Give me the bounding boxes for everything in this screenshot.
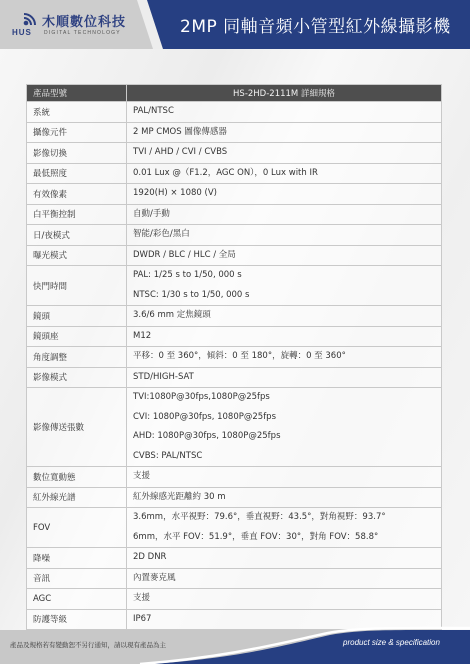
table-row: 降噪2D DNR: [27, 548, 442, 569]
spec-label: 日/夜模式: [27, 225, 127, 246]
spec-value-line: 自動/手動: [133, 205, 435, 225]
spec-value-line: 紅外線感光距離約 30 m: [133, 488, 435, 508]
spec-label: 降噪: [27, 548, 127, 569]
spec-value: 2D DNR: [127, 548, 442, 569]
spec-value: 智能/彩色/黑白: [127, 225, 442, 246]
spec-label: 快門時間: [27, 266, 127, 306]
table-row: 最低照度0.01 Lux @（F1.2，AGC ON），0 Lux with I…: [27, 163, 442, 184]
spec-value-line: CVI: 1080P@30fps, 1080P@25fps: [133, 408, 435, 428]
spec-value-line: TVI:1080P@30fps,1080P@25fps: [133, 388, 435, 408]
spec-value: PAL: 1/25 s to 1/50, 000 sNTSC: 1/30 s t…: [127, 266, 442, 306]
spec-table: 產品型號 HS-2HD-2111M 詳細規格 系統PAL/NTSC攝像元件2 M…: [26, 84, 442, 630]
spec-value: TVI:1080P@30fps,1080P@25fpsCVI: 1080P@30…: [127, 388, 442, 467]
spec-value-line: 2 MP CMOS 圖像傳感器: [133, 123, 435, 143]
spec-value: 自動/手動: [127, 204, 442, 225]
brand-logo: HUS 木順數位科技 DIGITAL TECHNOLOGY: [10, 11, 130, 39]
spec-value-line: STD/HIGH-SAT: [133, 368, 435, 388]
spec-value-line: 3.6/6 mm 定焦鏡頭: [133, 306, 435, 326]
spec-label: AGC: [27, 589, 127, 610]
table-row: 鏡頭3.6/6 mm 定焦鏡頭: [27, 306, 442, 327]
spec-value: M12: [127, 326, 442, 347]
spec-label: 影像切換: [27, 143, 127, 164]
spec-value: PAL/NTSC: [127, 102, 442, 123]
spec-value-line: 2D DNR: [133, 548, 435, 568]
spec-value-line: PAL/NTSC: [133, 102, 435, 122]
footer-disclaimer: 產品及規格若有變動恕不另行通知，請以現有產品為主: [10, 640, 166, 649]
table-row: AGC支援: [27, 589, 442, 610]
table-row: 攝像元件2 MP CMOS 圖像傳感器: [27, 122, 442, 143]
page-header: HUS 木順數位科技 DIGITAL TECHNOLOGY 2MP 同軸音頻小管…: [0, 0, 470, 49]
spec-value-line: M12: [133, 327, 435, 347]
table-row: 影像模式STD/HIGH-SAT: [27, 367, 442, 388]
spec-label: 鏡頭座: [27, 326, 127, 347]
spec-value-line: CVBS: PAL/NTSC: [133, 447, 435, 467]
table-row: 影像傳送張數TVI:1080P@30fps,1080P@25fpsCVI: 10…: [27, 388, 442, 467]
spec-value-line: 1920(H) × 1080 (V): [133, 184, 435, 204]
spec-label: 影像模式: [27, 367, 127, 388]
table-row: 有效像素1920(H) × 1080 (V): [27, 184, 442, 205]
spec-value: 平移：0 至 360°，傾斜：0 至 180°，旋轉：0 至 360°: [127, 347, 442, 368]
table-row: 白平衡控制自動/手動: [27, 204, 442, 225]
spec-value: STD/HIGH-SAT: [127, 367, 442, 388]
brand-name-en: DIGITAL TECHNOLOGY: [44, 30, 121, 36]
table-row: 日/夜模式智能/彩色/黑白: [27, 225, 442, 246]
table-header-row: 產品型號 HS-2HD-2111M 詳細規格: [27, 85, 442, 102]
spec-value-line: 支援: [133, 589, 435, 609]
table-row: 紅外線光譜紅外線感光距離約 30 m: [27, 487, 442, 508]
spec-label: FOV: [27, 508, 127, 548]
spec-label: 最低照度: [27, 163, 127, 184]
table-row: 鏡頭座M12: [27, 326, 442, 347]
spec-label: 角度調整: [27, 347, 127, 368]
spec-value: 3.6mm，水平視野：79.6°，垂直視野：43.5°，對角視野：93.7°6m…: [127, 508, 442, 548]
spec-value-line: 內置麥克風: [133, 569, 435, 589]
spec-value-line: TVI / AHD / CVI / CVBS: [133, 143, 435, 163]
spec-label: 曝光模式: [27, 245, 127, 266]
brand-short: HUS: [12, 28, 32, 37]
spec-label: 紅外線光譜: [27, 487, 127, 508]
table-row: 角度調整平移：0 至 360°，傾斜：0 至 180°，旋轉：0 至 360°: [27, 347, 442, 368]
spec-value-line: 0.01 Lux @（F1.2，AGC ON），0 Lux with IR: [133, 164, 435, 184]
spec-value-line: 3.6mm，水平視野：79.6°，垂直視野：43.5°，對角視野：93.7°: [133, 508, 435, 528]
hus-signal-icon: [21, 12, 37, 28]
spec-value-line: NTSC: 1/30 s to 1/50, 000 s: [133, 286, 435, 306]
spec-label: 白平衡控制: [27, 204, 127, 225]
spec-value: 3.6/6 mm 定焦鏡頭: [127, 306, 442, 327]
column-header-model: HS-2HD-2111M 詳細規格: [127, 85, 442, 102]
page-title: 2MP 同軸音頻小管型紅外線攝影機: [180, 12, 451, 37]
table-row: FOV3.6mm，水平視野：79.6°，垂直視野：43.5°，對角視野：93.7…: [27, 508, 442, 548]
spec-label: 系統: [27, 102, 127, 123]
footer-tagline: product size & specification: [343, 638, 440, 647]
spec-value-line: AHD: 1080P@30fps, 1080P@25fps: [133, 427, 435, 447]
spec-value-line: DWDR / BLC / HLC / 全局: [133, 246, 435, 266]
spec-value: 1920(H) × 1080 (V): [127, 184, 442, 205]
spec-value: 2 MP CMOS 圖像傳感器: [127, 122, 442, 143]
spec-label: 有效像素: [27, 184, 127, 205]
table-row: 音訊內置麥克風: [27, 568, 442, 589]
table-row: 快門時間PAL: 1/25 s to 1/50, 000 sNTSC: 1/30…: [27, 266, 442, 306]
spec-value: 0.01 Lux @（F1.2，AGC ON），0 Lux with IR: [127, 163, 442, 184]
spec-label: 攝像元件: [27, 122, 127, 143]
spec-label: 數位寬動態: [27, 467, 127, 488]
spec-label: 鏡頭: [27, 306, 127, 327]
spec-value-line: 6mm，水平 FOV：51.9°，垂直 FOV：30°，對角 FOV：58.8°: [133, 528, 435, 548]
brand-name-cn: 木順數位科技: [42, 11, 126, 30]
spec-value-line: 支援: [133, 467, 435, 487]
column-header-label: 產品型號: [27, 85, 127, 102]
table-row: 數位寬動態支援: [27, 467, 442, 488]
spec-table-body: 系統PAL/NTSC攝像元件2 MP CMOS 圖像傳感器影像切換TVI / A…: [27, 102, 442, 630]
table-row: 曝光模式DWDR / BLC / HLC / 全局: [27, 245, 442, 266]
table-row: 系統PAL/NTSC: [27, 102, 442, 123]
spec-value: 支援: [127, 467, 442, 488]
spec-label: 音訊: [27, 568, 127, 589]
spec-value: 內置麥克風: [127, 568, 442, 589]
spec-value: 支援: [127, 589, 442, 610]
spec-value-line: PAL: 1/25 s to 1/50, 000 s: [133, 266, 435, 286]
spec-value-line: 平移：0 至 360°，傾斜：0 至 180°，旋轉：0 至 360°: [133, 347, 435, 367]
spec-value: 紅外線感光距離約 30 m: [127, 487, 442, 508]
spec-value: DWDR / BLC / HLC / 全局: [127, 245, 442, 266]
spec-label: 影像傳送張數: [27, 388, 127, 467]
table-row: 影像切換TVI / AHD / CVI / CVBS: [27, 143, 442, 164]
spec-value-line: 智能/彩色/黑白: [133, 225, 435, 245]
spec-value: TVI / AHD / CVI / CVBS: [127, 143, 442, 164]
